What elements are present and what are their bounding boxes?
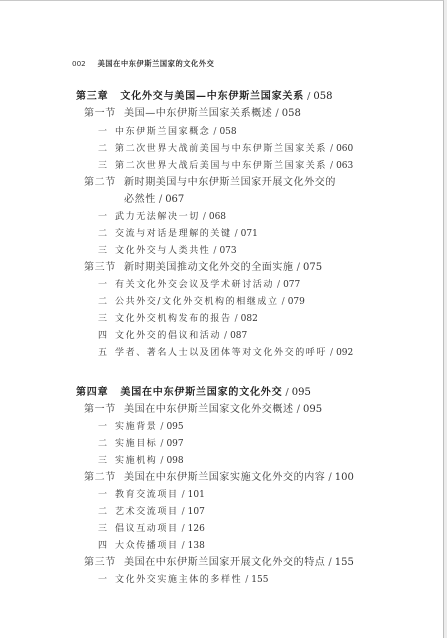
toc-item[interactable]: 一教育交流项目/101 <box>98 489 205 501</box>
chapter-title: 美国在中东伊斯兰国家的文化外交 <box>120 387 282 398</box>
page-ref: 095 <box>292 387 311 398</box>
toc-item[interactable]: 四文化外交的倡议和活动/087 <box>98 330 247 342</box>
toc-item[interactable]: 二实施目标/097 <box>98 438 184 450</box>
toc-item[interactable]: 一实施背景/095 <box>98 421 184 433</box>
toc-item[interactable]: 二公共外交/文化外交机构的相继成立/079 <box>98 296 305 308</box>
toc-section-3-2[interactable]: 第二节新时期美国与中东伊斯兰国家开展文化外交的 <box>84 177 336 189</box>
toc-item[interactable]: 三文化外交机构发布的报告/082 <box>98 313 258 325</box>
toc-item[interactable]: 一中东伊斯兰国家概念/058 <box>98 126 237 138</box>
toc-chapter-4[interactable]: 第四章美国在中东伊斯兰国家的文化外交/095 <box>76 387 311 399</box>
toc-item[interactable]: 一武力无法解决一切/068 <box>98 211 226 223</box>
book-title: 美国在中东伊斯兰国家的文化外交 <box>98 59 215 68</box>
running-head: 002 美国在中东伊斯兰国家的文化外交 <box>72 59 214 69</box>
chapter-label: 第四章 <box>76 387 108 398</box>
toc-section-4-3[interactable]: 第三节美国在中东伊斯兰国家开展文化外交的特点/155 <box>84 557 354 569</box>
toc-item[interactable]: 三文化外交与人类共性/073 <box>98 245 237 257</box>
page-ref: 058 <box>313 91 332 102</box>
toc-section-3-3[interactable]: 第三节新时期美国推动文化外交的全面实施/075 <box>84 262 322 274</box>
toc-section-3-2-continuation[interactable]: 必然性/067 <box>124 194 184 206</box>
book-page: 002 美国在中东伊斯兰国家的文化外交 第三章文化外交与美国—中东伊斯兰国家关系… <box>0 0 444 638</box>
toc-item[interactable]: 一有关文化外交会议及学术研讨活动/077 <box>98 279 300 291</box>
page-number: 002 <box>72 59 86 68</box>
toc-item[interactable]: 四大众传播项目/138 <box>98 540 205 552</box>
toc-item[interactable]: 二艺术交流项目/107 <box>98 506 205 518</box>
chapter-title: 文化外交与美国—中东伊斯兰国家关系 <box>120 91 304 102</box>
toc-section-3-1[interactable]: 第一节美国—中东伊斯兰国家关系概述/058 <box>84 108 301 120</box>
toc-section-4-1[interactable]: 第一节美国在中东伊斯兰国家文化外交概述/095 <box>84 404 322 416</box>
toc-item[interactable]: 三实施机构/098 <box>98 455 184 467</box>
toc-item[interactable]: 二交流与对话是理解的关键/071 <box>98 228 258 240</box>
toc-item[interactable]: 一文化外交实施主体的多样性/155 <box>98 574 268 586</box>
toc-item[interactable]: 二第二次世界大战前美国与中东伊斯兰国家关系/060 <box>98 143 353 155</box>
toc-item[interactable]: 三倡议互动项目/126 <box>98 523 205 535</box>
toc-item[interactable]: 三第二次世界大战后美国与中东伊斯兰国家关系/063 <box>98 160 353 172</box>
toc-item[interactable]: 五学者、著名人士以及团体等对文化外交的呼吁/092 <box>98 347 353 359</box>
chapter-label: 第三章 <box>76 91 108 102</box>
toc-chapter-3[interactable]: 第三章文化外交与美国—中东伊斯兰国家关系/058 <box>76 91 332 103</box>
toc-section-4-2[interactable]: 第二节美国在中东伊斯兰国家实施文化外交的内容/100 <box>84 472 354 484</box>
